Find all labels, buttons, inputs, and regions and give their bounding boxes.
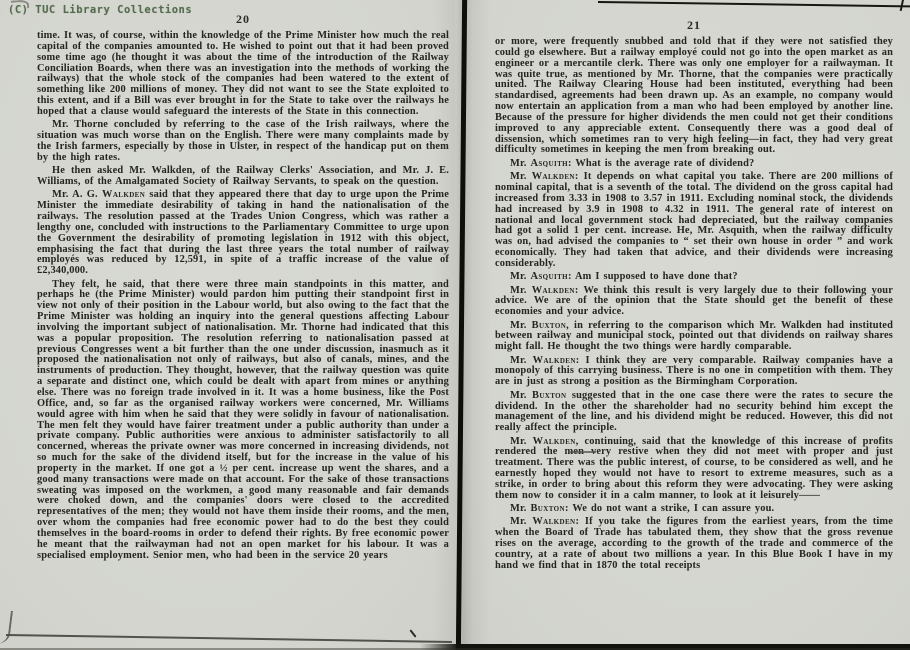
speaker-name: Buxton bbox=[532, 320, 566, 331]
left-page: 20 time. It was, of course, within the k… bbox=[0, 0, 455, 650]
text-run: Mr. bbox=[510, 271, 530, 282]
text-run: Mr. bbox=[510, 390, 532, 401]
paragraph: Mr. Walkden: It depends on what capital … bbox=[495, 172, 893, 270]
speaker-name: Buxton bbox=[532, 390, 566, 401]
speaker-name: Asquith bbox=[530, 271, 568, 282]
paragraph: Mr. Walkden: If you take the figures fro… bbox=[495, 517, 893, 571]
text-run: Mr. bbox=[510, 158, 530, 169]
paragraph: He then asked Mr. Walkden, of the Railwa… bbox=[37, 166, 449, 188]
paragraph: Mr. A. G. Walkden said that they appeare… bbox=[37, 190, 449, 277]
text-run: Mr. bbox=[510, 355, 533, 366]
speaker-name: Asquith bbox=[530, 158, 568, 169]
paragraph: Mr. Walkden: I think they are very compa… bbox=[495, 356, 893, 389]
left-page-text: time. It was, of course, within the know… bbox=[37, 31, 449, 564]
speaker-name: Buxton bbox=[530, 503, 564, 514]
text-run: Mr. bbox=[510, 320, 532, 331]
watermark-stamp: (C) TUC Library Collections bbox=[8, 4, 192, 16]
paragraph: Mr. Buxton suggested that in the one cas… bbox=[495, 391, 893, 434]
speaker-name: Walkden bbox=[532, 285, 575, 296]
paragraph: Mr. Walkden: We think this result is ver… bbox=[495, 286, 893, 319]
paragraph: or more, were frequently snubbed and tol… bbox=[495, 37, 893, 156]
text-run: Mr. bbox=[510, 171, 532, 182]
text-run: or more, were frequently snubbed and tol… bbox=[495, 36, 893, 155]
speaker-name: Walkden bbox=[532, 516, 575, 527]
text-run: Mr. bbox=[510, 503, 530, 514]
right-page: 21 or more, were frequently snubbed and … bbox=[462, 0, 910, 650]
text-run: Mr. bbox=[510, 285, 532, 296]
text-run: : What is the average rate of dividend? bbox=[568, 158, 754, 169]
text-run: They felt, he said, that there were thre… bbox=[37, 279, 449, 561]
paragraph: Mr. Thorne concluded by referring to the… bbox=[37, 120, 449, 163]
text-run: Mr. A. G. bbox=[52, 189, 102, 200]
paragraph: They felt, he said, that there were thre… bbox=[37, 280, 449, 562]
speaker-name: Walkden bbox=[533, 436, 576, 447]
page-number-right: 21 bbox=[495, 18, 893, 33]
speaker-name: Walkden bbox=[532, 171, 575, 182]
paragraph: Mr. Asquith: Am I supposed to have done … bbox=[495, 272, 893, 283]
book-scan: 20 time. It was, of course, within the k… bbox=[0, 0, 910, 650]
paragraph: Mr. Buxton: We do not want a strike, I c… bbox=[495, 504, 893, 515]
paragraph: time. It was, of course, within the know… bbox=[37, 31, 449, 118]
paragraph: Mr. Buxton, in referring to the comparis… bbox=[495, 321, 893, 354]
speaker-name: Walkden bbox=[533, 355, 576, 366]
paragraph: Mr. Walkden, continuing, said that the k… bbox=[495, 437, 893, 502]
text-run: Mr. Thorne concluded by referring to the… bbox=[37, 119, 449, 163]
text-run: : We do not want a strike, I can assure … bbox=[565, 503, 774, 514]
text-run: time. It was, of course, within the know… bbox=[37, 30, 449, 117]
paragraph: Mr. Asquith: What is the average rate of… bbox=[495, 159, 893, 170]
text-run: He then asked Mr. Walkden, of the Railwa… bbox=[37, 165, 449, 187]
text-run: : Am I supposed to have done that? bbox=[568, 271, 738, 282]
text-run: Mr. bbox=[510, 516, 532, 527]
text-run: : It depends on what capital you take. T… bbox=[495, 171, 893, 269]
text-run: said that they appeared there that day t… bbox=[37, 189, 449, 276]
speaker-name: Walkden bbox=[102, 189, 145, 200]
right-page-text: or more, were frequently snubbed and tol… bbox=[495, 37, 893, 574]
text-run: Mr. bbox=[510, 436, 533, 447]
pencil-dash-mark bbox=[570, 451, 596, 453]
